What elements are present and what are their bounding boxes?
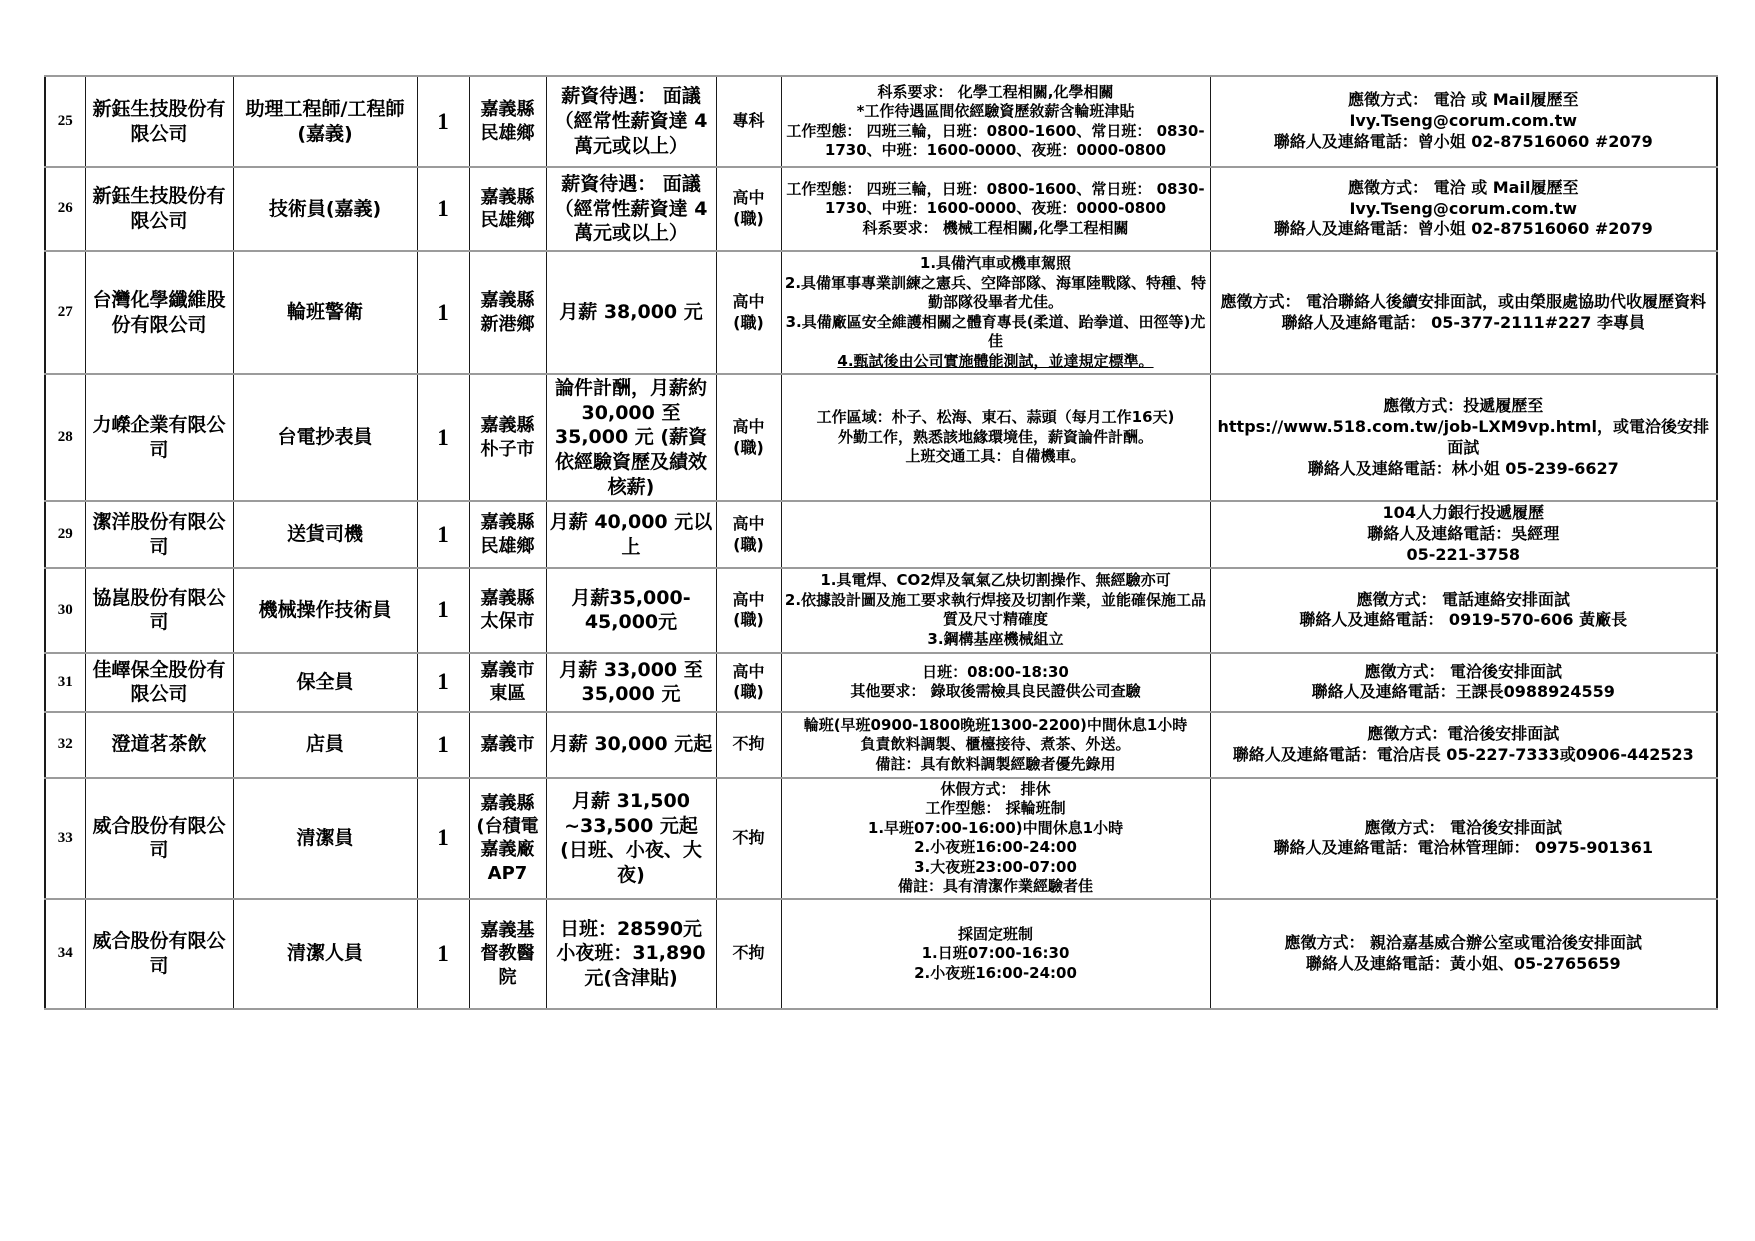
- contact-line: 05-221-3758: [1214, 545, 1714, 566]
- job-details-cell: 工作區域：朴子、松海、東石、蒜頭（每月工作16天)外勤工作，熟悉該地緣環境佳，薪…: [781, 374, 1210, 501]
- contact-cell: 應徵方式： 電洽 或 Mail履歷至Ivy.Tseng@corum.com.tw…: [1210, 76, 1717, 167]
- company-name-cell: 威合股份有限公司: [85, 899, 233, 1009]
- contact-cell: 應徵方式： 電洽聯絡人後續安排面試，或由榮服處協助代收履歷資料聯絡人及連絡電話：…: [1210, 251, 1717, 374]
- job-details-cell: [781, 501, 1210, 567]
- job-details-cell: 休假方式： 排休工作型態： 採輪班制1.早班07:00-16:00)中間休息1小…: [781, 778, 1210, 899]
- job-title-cell: 機械操作技術員: [233, 568, 417, 653]
- row-number-cell: 25: [45, 76, 85, 167]
- job-detail-line: 外勤工作，熟悉該地緣環境佳，薪資論件計酬。: [785, 428, 1207, 448]
- contact-cell: 應徵方式： 電話連絡安排面試聯絡人及連絡電話： 0919-570-606 黃廠長: [1210, 568, 1717, 653]
- company-name-cell: 力嶸企業有限公司: [85, 374, 233, 501]
- contact-line: 聯絡人及連絡電話：曾小姐 02-87516060 #2079: [1214, 219, 1714, 240]
- headcount-cell: 1: [417, 899, 469, 1009]
- job-detail-line: 2.依據設計圖及施工要求執行焊接及切割作業，並能確保施工品質及尺寸精確度: [785, 591, 1207, 630]
- salary-cell: 月薪 31,500 ~33,500 元起 (日班、小夜、大夜): [546, 778, 716, 899]
- location-cell: 嘉義縣民雄鄉: [469, 501, 546, 567]
- location-cell: 嘉義縣新港鄉: [469, 251, 546, 374]
- job-detail-line: 工作型態： 四班三輪，日班：0800-1600、常日班： 0830-1730、中…: [785, 122, 1207, 161]
- job-row: 30協崑股份有限公司機械操作技術員1嘉義縣太保市月薪35,000-45,000元…: [45, 568, 1717, 653]
- job-title-cell: 技術員(嘉義): [233, 167, 417, 251]
- job-details-cell: 科系要求： 化學工程相關,化學相關*工作待遇區間依經驗資歷敘薪含輪班津貼工作型態…: [781, 76, 1210, 167]
- education-cell: 高中(職): [716, 653, 781, 712]
- job-row: 34威合股份有限公司清潔人員1嘉義基督教醫院日班：28590元 小夜班：31,8…: [45, 899, 1717, 1009]
- job-detail-line: 3.鋼構基座機械組立: [785, 630, 1207, 650]
- headcount-cell: 1: [417, 778, 469, 899]
- headcount-cell: 1: [417, 76, 469, 167]
- job-details-cell: 採固定班制1.日班07:00-16:302.小夜班16:00-24:00: [781, 899, 1210, 1009]
- salary-cell: 月薪35,000-45,000元: [546, 568, 716, 653]
- job-detail-line: 其他要求： 錄取後需檢具良民證供公司查驗: [785, 682, 1207, 702]
- salary-cell: 論件計酬，月薪約 30,000 至 35,000 元 (薪資依經驗資歷及績效核薪…: [546, 374, 716, 501]
- education-cell: 專科: [716, 76, 781, 167]
- job-detail-line: 科系要求： 機械工程相關,化學工程相關: [785, 219, 1207, 239]
- education-cell: 不拘: [716, 778, 781, 899]
- job-row: 33威合股份有限公司清潔員1嘉義縣(台積電嘉義廠AP7月薪 31,500 ~33…: [45, 778, 1717, 899]
- job-row: 26新鈺生技股份有限公司技術員(嘉義)1嘉義縣民雄鄉薪資待遇： 面議（經常性薪資…: [45, 167, 1717, 251]
- salary-cell: 薪資待遇： 面議（經常性薪資達 4 萬元或以上）: [546, 167, 716, 251]
- location-cell: 嘉義市東區: [469, 653, 546, 712]
- job-listing-table: 25新鈺生技股份有限公司助理工程師/工程師(嘉義)1嘉義縣民雄鄉薪資待遇： 面議…: [44, 75, 1718, 1010]
- job-title-cell: 台電抄表員: [233, 374, 417, 501]
- contact-line: 聯絡人及連絡電話：林小姐 05-239-6627: [1214, 459, 1714, 480]
- job-row: 29潔洋股份有限公司送貨司機1嘉義縣民雄鄉月薪 40,000 元以上高中(職)1…: [45, 501, 1717, 567]
- job-detail-line: 負責飲料調製、櫃檯接待、煮茶、外送。: [785, 735, 1207, 755]
- contact-line: 應徵方式： 電話連絡安排面試: [1214, 590, 1714, 611]
- salary-cell: 月薪 38,000 元: [546, 251, 716, 374]
- location-cell: 嘉義基督教醫院: [469, 899, 546, 1009]
- contact-line: 應徵方式：投遞履歷至: [1214, 396, 1714, 417]
- document-page: 25新鈺生技股份有限公司助理工程師/工程師(嘉義)1嘉義縣民雄鄉薪資待遇： 面議…: [0, 0, 1755, 1241]
- job-row: 32澄道茗茶飲店員1嘉義市月薪 30,000 元起不拘輪班(早班0900-180…: [45, 712, 1717, 778]
- job-row: 25新鈺生技股份有限公司助理工程師/工程師(嘉義)1嘉義縣民雄鄉薪資待遇： 面議…: [45, 76, 1717, 167]
- job-details-cell: 1.具備汽車或機車駕照2.具備軍事專業訓練之憲兵、空降部隊、海軍陸戰隊、特種、特…: [781, 251, 1210, 374]
- row-number-cell: 33: [45, 778, 85, 899]
- contact-line: 聯絡人及連絡電話：電洽店長 05-227-7333或0906-442523: [1214, 745, 1714, 766]
- job-detail-line: 工作型態： 採輪班制: [785, 799, 1207, 819]
- contact-line: 應徵方式： 親洽嘉基威合辦公室或電洽後安排面試: [1214, 933, 1714, 954]
- job-detail-line: 1.早班07:00-16:00)中間休息1小時: [785, 819, 1207, 839]
- job-detail-line: 2.小夜班16:00-24:00: [785, 838, 1207, 858]
- contact-line: 聯絡人及連絡電話：電洽林管理師： 0975-901361: [1214, 838, 1714, 859]
- job-table-body: 25新鈺生技股份有限公司助理工程師/工程師(嘉義)1嘉義縣民雄鄉薪資待遇： 面議…: [45, 76, 1717, 1009]
- job-title-cell: 店員: [233, 712, 417, 778]
- job-title-cell: 清潔人員: [233, 899, 417, 1009]
- headcount-cell: 1: [417, 501, 469, 567]
- job-details-cell: 1.具電焊、CO2焊及氧氣乙炔切割操作、無經驗亦可2.依據設計圖及施工要求執行焊…: [781, 568, 1210, 653]
- job-detail-line: 日班：08:00-18:30: [785, 663, 1207, 683]
- education-cell: 不拘: [716, 712, 781, 778]
- location-cell: 嘉義市: [469, 712, 546, 778]
- company-name-cell: 台灣化學纖維股份有限公司: [85, 251, 233, 374]
- location-cell: 嘉義縣(台積電嘉義廠AP7: [469, 778, 546, 899]
- contact-cell: 應徵方式：電洽後安排面試聯絡人及連絡電話：電洽店長 05-227-7333或09…: [1210, 712, 1717, 778]
- education-cell: 高中(職): [716, 251, 781, 374]
- job-detail-line: 工作型態： 四班三輪，日班：0800-1600、常日班： 0830-1730、中…: [785, 180, 1207, 219]
- job-detail-line: 工作區域：朴子、松海、東石、蒜頭（每月工作16天): [785, 408, 1207, 428]
- contact-line: 104人力銀行投遞履歷: [1214, 503, 1714, 524]
- contact-cell: 應徵方式： 親洽嘉基威合辦公室或電洽後安排面試聯絡人及連絡電話：黃小姐、05-2…: [1210, 899, 1717, 1009]
- row-number-cell: 27: [45, 251, 85, 374]
- contact-line: 應徵方式：電洽後安排面試: [1214, 724, 1714, 745]
- job-details-cell: 工作型態： 四班三輪，日班：0800-1600、常日班： 0830-1730、中…: [781, 167, 1210, 251]
- job-detail-line: 上班交通工具：自備機車。: [785, 447, 1207, 467]
- job-detail-line: 休假方式： 排休: [785, 780, 1207, 800]
- headcount-cell: 1: [417, 712, 469, 778]
- education-cell: 高中(職): [716, 568, 781, 653]
- contact-line: 聯絡人及連絡電話：曾小姐 02-87516060 #2079: [1214, 132, 1714, 153]
- job-detail-line: 1.具備汽車或機車駕照: [785, 254, 1207, 274]
- job-detail-line: 2.小夜班16:00-24:00: [785, 964, 1207, 984]
- row-number-cell: 26: [45, 167, 85, 251]
- row-number-cell: 28: [45, 374, 85, 501]
- job-title-cell: 助理工程師/工程師(嘉義): [233, 76, 417, 167]
- contact-cell: 104人力銀行投遞履歷聯絡人及連絡電話：吳經理05-221-3758: [1210, 501, 1717, 567]
- job-detail-line: 採固定班制: [785, 925, 1207, 945]
- row-number-cell: 30: [45, 568, 85, 653]
- job-detail-line: 3.具備廠區安全維護相關之體育專長(柔道、跆拳道、田徑等)尤佳: [785, 313, 1207, 352]
- job-title-cell: 保全員: [233, 653, 417, 712]
- company-name-cell: 協崑股份有限公司: [85, 568, 233, 653]
- job-detail-line: 4.甄試後由公司實施體能測試，並達規定標準。: [785, 352, 1207, 372]
- job-details-cell: 輪班(早班0900-1800晚班1300-2200)中間休息1小時負責飲料調製、…: [781, 712, 1210, 778]
- row-number-cell: 32: [45, 712, 85, 778]
- company-name-cell: 威合股份有限公司: [85, 778, 233, 899]
- headcount-cell: 1: [417, 251, 469, 374]
- location-cell: 嘉義縣民雄鄉: [469, 76, 546, 167]
- company-name-cell: 新鈺生技股份有限公司: [85, 76, 233, 167]
- contact-cell: 應徵方式： 電洽 或 Mail履歷至Ivy.Tseng@corum.com.tw…: [1210, 167, 1717, 251]
- education-cell: 高中(職): [716, 501, 781, 567]
- job-row: 28力嶸企業有限公司台電抄表員1嘉義縣朴子市論件計酬，月薪約 30,000 至 …: [45, 374, 1717, 501]
- row-number-cell: 31: [45, 653, 85, 712]
- row-number-cell: 34: [45, 899, 85, 1009]
- job-detail-line: 2.具備軍事專業訓練之憲兵、空降部隊、海軍陸戰隊、特種、特勤部隊役畢者尤佳。: [785, 274, 1207, 313]
- education-cell: 高中(職): [716, 374, 781, 501]
- job-title-cell: 輪班警衛: [233, 251, 417, 374]
- job-detail-line: 輪班(早班0900-1800晚班1300-2200)中間休息1小時: [785, 716, 1207, 736]
- contact-line: Ivy.Tseng@corum.com.tw: [1214, 111, 1714, 132]
- company-name-cell: 潔洋股份有限公司: [85, 501, 233, 567]
- contact-line: Ivy.Tseng@corum.com.tw: [1214, 199, 1714, 220]
- headcount-cell: 1: [417, 653, 469, 712]
- contact-cell: 應徵方式：投遞履歷至https://www.518.com.tw/job-LXM…: [1210, 374, 1717, 501]
- headcount-cell: 1: [417, 568, 469, 653]
- job-details-cell: 日班：08:00-18:30其他要求： 錄取後需檢具良民證供公司查驗: [781, 653, 1210, 712]
- contact-cell: 應徵方式： 電洽後安排面試聯絡人及連絡電話：電洽林管理師： 0975-90136…: [1210, 778, 1717, 899]
- contact-line: 聯絡人及連絡電話：黃小姐、05-2765659: [1214, 954, 1714, 975]
- salary-cell: 月薪 30,000 元起: [546, 712, 716, 778]
- company-name-cell: 澄道茗茶飲: [85, 712, 233, 778]
- job-detail-line: 3.大夜班23:00-07:00: [785, 858, 1207, 878]
- headcount-cell: 1: [417, 167, 469, 251]
- row-number-cell: 29: [45, 501, 85, 567]
- contact-line: 應徵方式： 電洽後安排面試: [1214, 662, 1714, 683]
- job-detail-line: 1.日班07:00-16:30: [785, 944, 1207, 964]
- salary-cell: 月薪 40,000 元以上: [546, 501, 716, 567]
- salary-cell: 月薪 33,000 至 35,000 元: [546, 653, 716, 712]
- job-title-cell: 送貨司機: [233, 501, 417, 567]
- location-cell: 嘉義縣民雄鄉: [469, 167, 546, 251]
- contact-line: 應徵方式： 電洽 或 Mail履歷至: [1214, 178, 1714, 199]
- company-name-cell: 佳嶧保全股份有限公司: [85, 653, 233, 712]
- salary-cell: 日班：28590元 小夜班：31,890 元(含津貼): [546, 899, 716, 1009]
- job-detail-line: 備註：具有飲料調製經驗者優先錄用: [785, 755, 1207, 775]
- contact-line: 應徵方式： 電洽後安排面試: [1214, 818, 1714, 839]
- job-detail-line: 科系要求： 化學工程相關,化學相關: [785, 83, 1207, 103]
- contact-line: 應徵方式： 電洽聯絡人後續安排面試，或由榮服處協助代收履歷資料: [1214, 292, 1714, 313]
- contact-cell: 應徵方式： 電洽後安排面試聯絡人及連絡電話：王課長0988924559: [1210, 653, 1717, 712]
- headcount-cell: 1: [417, 374, 469, 501]
- company-name-cell: 新鈺生技股份有限公司: [85, 167, 233, 251]
- job-detail-line: 1.具電焊、CO2焊及氧氣乙炔切割操作、無經驗亦可: [785, 571, 1207, 591]
- job-row: 27台灣化學纖維股份有限公司輪班警衛1嘉義縣新港鄉月薪 38,000 元高中(職…: [45, 251, 1717, 374]
- contact-line: 聯絡人及連絡電話：王課長0988924559: [1214, 682, 1714, 703]
- contact-line: 應徵方式： 電洽 或 Mail履歷至: [1214, 90, 1714, 111]
- contact-line: https://www.518.com.tw/job-LXM9vp.html，或…: [1214, 417, 1714, 459]
- job-row: 31佳嶧保全股份有限公司保全員1嘉義市東區月薪 33,000 至 35,000 …: [45, 653, 1717, 712]
- contact-line: 聯絡人及連絡電話： 0919-570-606 黃廠長: [1214, 610, 1714, 631]
- contact-line: 聯絡人及連絡電話： 05-377-2111#227 李專員: [1214, 313, 1714, 334]
- education-cell: 不拘: [716, 899, 781, 1009]
- salary-cell: 薪資待遇： 面議（經常性薪資達 4 萬元或以上）: [546, 76, 716, 167]
- job-detail-line: *工作待遇區間依經驗資歷敘薪含輪班津貼: [785, 102, 1207, 122]
- contact-line: 聯絡人及連絡電話：吳經理: [1214, 524, 1714, 545]
- job-detail-line: 備註：具有清潔作業經驗者佳: [785, 877, 1207, 897]
- location-cell: 嘉義縣朴子市: [469, 374, 546, 501]
- location-cell: 嘉義縣太保市: [469, 568, 546, 653]
- job-title-cell: 清潔員: [233, 778, 417, 899]
- education-cell: 高中(職): [716, 167, 781, 251]
